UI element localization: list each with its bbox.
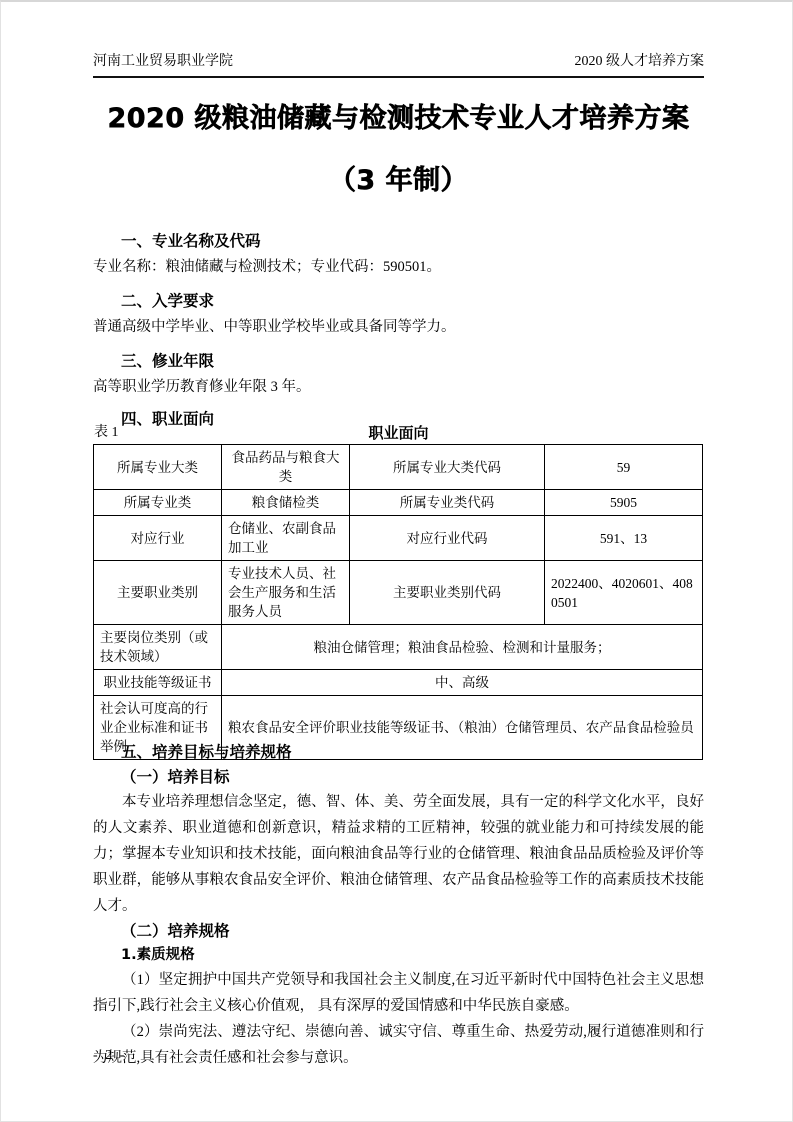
table-row: 职业技能等级证书 中、高级 — [94, 670, 703, 696]
document-title: 2020 级粮油储藏与检测技术专业人才培养方案 — [93, 101, 704, 137]
section-body-2: 普通高级中学毕业、中等职业学校毕业或具备同等学力。 — [93, 314, 704, 340]
quality-spec-item-1: （1）坚定拥护中国共产党领导和我国社会主义制度,在习近平新时代中国特色社会主义思… — [93, 967, 704, 1019]
table-cell: 对应行业 — [94, 516, 222, 561]
section-heading-2: 二、入学要求 — [93, 288, 704, 314]
table-cell: 主要职业类别代码 — [350, 561, 545, 625]
subsection-heading-specs: （二）培养规格 — [93, 919, 704, 943]
section-body-1: 专业名称：粮油储藏与检测技术；专业代码：590501。 — [93, 254, 704, 280]
table-cell: 2022400、4020601、4080501 — [545, 561, 703, 625]
table-cell: 主要职业类别 — [94, 561, 222, 625]
document-page: 河南工业贸易职业学院 2020 级人才培养方案 2020 级粮油储藏与检测技术专… — [0, 0, 793, 1122]
table-cell: 所属专业大类代码 — [350, 445, 545, 490]
table-cell: 所属专业大类 — [94, 445, 222, 490]
table-cell: 591、13 — [545, 516, 703, 561]
table-row: 所属专业类 粮食储检类 所属专业类代码 5905 — [94, 490, 703, 516]
page-header: 河南工业贸易职业学院 2020 级人才培养方案 — [93, 52, 704, 78]
section-5: 五、培养目标与培养规格 （一）培养目标 本专业培养理想信念坚定，德、智、体、美、… — [93, 739, 704, 1071]
table-cell: 食品药品与粮食大类 — [222, 445, 350, 490]
section-heading-3: 三、修业年限 — [93, 348, 704, 374]
header-school-name: 河南工业贸易职业学院 — [93, 52, 233, 72]
table-cell: 对应行业代码 — [350, 516, 545, 561]
table-cell: 专业技术人员、社会生产服务和生活服务人员 — [222, 561, 350, 625]
quality-specs-heading: 1.素质规格 — [93, 943, 704, 967]
table-cell: 所属专业类 — [94, 490, 222, 516]
table-row: 主要岗位类别（或技术领域） 粮油仓储管理；粮油食品检验、检测和计量服务； — [94, 625, 703, 670]
table-row: 所属专业大类 食品药品与粮食大类 所属专业大类代码 59 — [94, 445, 703, 490]
section-body-3: 高等职业学历教育修业年限 3 年。 — [93, 374, 704, 400]
table-cell: 主要岗位类别（或技术领域） — [94, 625, 222, 670]
table-cell: 粮油仓储管理；粮油食品检验、检测和计量服务； — [222, 625, 703, 670]
table-label: 表 1 — [94, 422, 119, 444]
table-row: 对应行业 仓储业、农副食品加工业 对应行业代码 591、13 — [94, 516, 703, 561]
table-cell: 职业技能等级证书 — [94, 670, 222, 696]
table-row: 主要职业类别 专业技术人员、社会生产服务和生活服务人员 主要职业类别代码 202… — [94, 561, 703, 625]
table-cell: 59 — [545, 445, 703, 490]
occupation-table-block: 表 1 职业面向 所属专业大类 食品药品与粮食大类 所属专业大类代码 59 所属… — [93, 422, 704, 760]
sections-1-4: 一、专业名称及代码 专业名称：粮油储藏与检测技术；专业代码：590501。 二、… — [93, 228, 704, 432]
subsection-heading-goals: （一）培养目标 — [93, 765, 704, 789]
table-cell: 所属专业类代码 — [350, 490, 545, 516]
occupation-table: 所属专业大类 食品药品与粮食大类 所属专业大类代码 59 所属专业类 粮食储检类… — [93, 444, 703, 760]
page-number: - 2 - — [93, 1048, 704, 1064]
section-heading-1: 一、专业名称及代码 — [93, 228, 704, 254]
table-cell: 中、高级 — [222, 670, 703, 696]
table-cell: 5905 — [545, 490, 703, 516]
table-caption-row: 表 1 职业面向 — [93, 422, 704, 444]
training-goals-paragraph: 本专业培养理想信念坚定，德、智、体、美、劳全面发展，具有一定的科学文化水平，良好… — [93, 789, 704, 919]
document-subtitle: （3 年制） — [93, 163, 704, 199]
table-cell: 仓储业、农副食品加工业 — [222, 516, 350, 561]
header-doc-name: 2020 级人才培养方案 — [575, 52, 705, 72]
section-heading-5: 五、培养目标与培养规格 — [93, 739, 704, 765]
table-cell: 粮食储检类 — [222, 490, 350, 516]
table-caption: 职业面向 — [93, 422, 704, 444]
